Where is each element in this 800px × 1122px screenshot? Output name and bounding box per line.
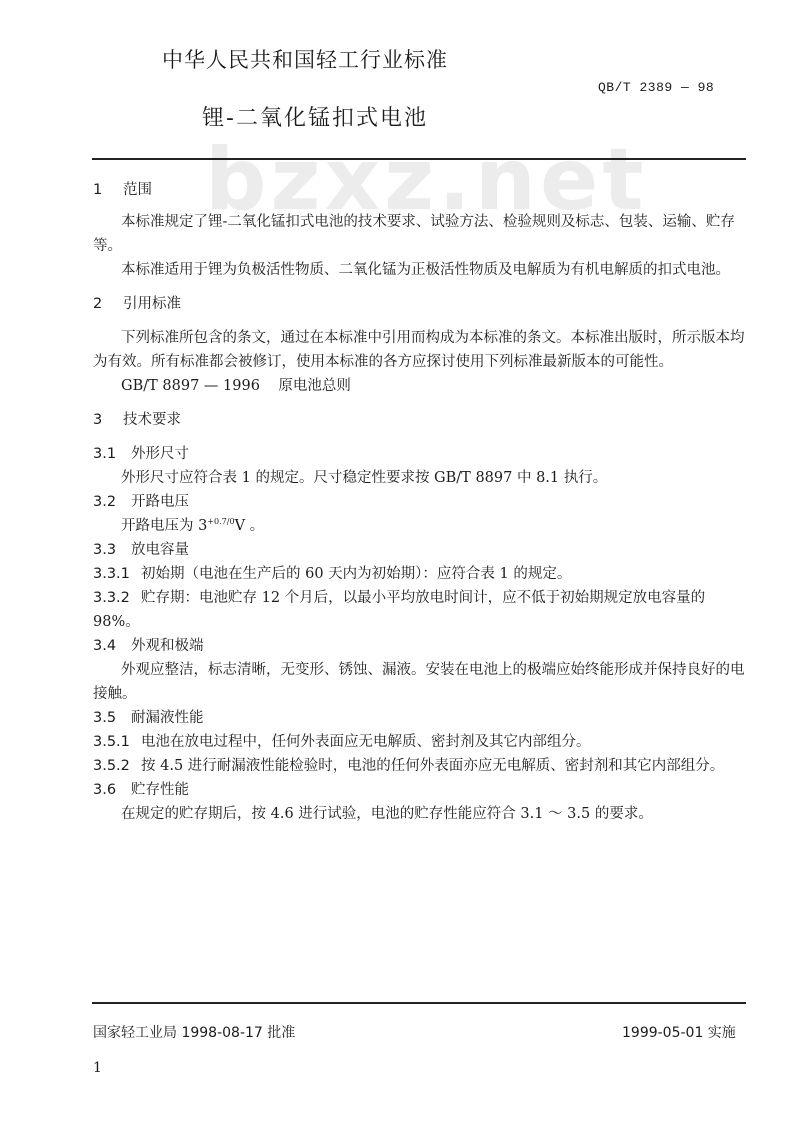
- voltage-tolerance: +0.7/0: [207, 517, 234, 526]
- subsection-heading-dimensions: 3.1外形尺寸: [93, 442, 753, 466]
- standard-code: QB/T 2389 — 98: [598, 80, 714, 95]
- scope-paragraph-2: 本标准适用于锂为负极活性物质、二氧化锰为正极活性物质及电解质为有机电解质的扣式电…: [93, 258, 753, 282]
- section-heading-references: 2引用标准: [93, 292, 753, 316]
- subsection-title: 开路电压: [131, 494, 189, 510]
- clause-leakage-during-discharge: 3.5.1电池在放电过程中，任何外表面应无电解质、密封剂及其它内部组分。: [93, 730, 753, 754]
- implementation-date: 1999-05-01 实施: [622, 1022, 736, 1042]
- subsection-title: 放电容量: [131, 542, 189, 558]
- clause-number: 3.3.1: [93, 562, 141, 586]
- clause-number: 3.5.1: [93, 730, 141, 754]
- clause-text: 按 4.5 进行耐漏液性能检验时，电池的任何外表面亦应无电解质、密封剂和其它内部…: [141, 758, 724, 774]
- section-number: 2: [93, 292, 123, 316]
- section-heading-technical-requirements: 3技术要求: [93, 408, 753, 432]
- subsection-number: 3.6: [93, 778, 131, 802]
- subsection-title: 贮存性能: [131, 782, 189, 798]
- subsection-heading-appearance-terminals: 3.4外观和极端: [93, 634, 753, 658]
- clause-number: 3.3.2: [93, 586, 141, 610]
- subsection-heading-discharge-capacity: 3.3放电容量: [93, 538, 753, 562]
- subsection-title: 外形尺寸: [131, 446, 189, 462]
- section-title: 引用标准: [123, 296, 181, 312]
- section-heading-scope: 1范围: [93, 178, 753, 202]
- document-body: 1范围 本标准规定了锂-二氧化锰扣式电池的技术要求、试验方法、检验规则及标志、包…: [93, 178, 753, 826]
- subsection-title: 外观和极端: [131, 638, 204, 654]
- section-number: 3: [93, 408, 123, 432]
- approval-date: 国家轻工业局 1998-08-17 批准: [93, 1022, 295, 1042]
- scope-paragraph-1: 本标准规定了锂-二氧化锰扣式电池的技术要求、试验方法、检验规则及标志、包装、运输…: [93, 210, 753, 258]
- subsection-heading-storage-performance: 3.6贮存性能: [93, 778, 753, 802]
- subsection-heading-open-circuit-voltage: 3.2开路电压: [93, 490, 753, 514]
- storage-performance-text: 在规定的贮存期后，按 4.6 进行试验，电池的贮存性能应符合 3.1 ～ 3.5…: [93, 802, 753, 826]
- clause-text: 初始期（电池在生产后的 60 天内为初始期）：应符合表 1 的规定。: [141, 566, 571, 582]
- voltage-text-prefix: 开路电压为 3: [121, 518, 207, 534]
- clause-number: 3.5.2: [93, 754, 141, 778]
- section-title: 范围: [123, 182, 152, 198]
- clause-leakage-test: 3.5.2按 4.5 进行耐漏液性能检验时，电池的任何外表面亦应无电解质、密封剂…: [93, 754, 753, 778]
- subsection-number: 3.2: [93, 490, 131, 514]
- footer-divider: [92, 1002, 746, 1004]
- subsection-number: 3.5: [93, 706, 131, 730]
- document-title: 锂-二氧化锰扣式电池: [202, 101, 428, 132]
- header-divider: [92, 158, 746, 160]
- clause-text: 贮存期：电池贮存 12 个月后，以最小平均放电时间计，应不低于初始期规定放电容量…: [93, 590, 705, 630]
- page-number: 1: [93, 1060, 102, 1076]
- clause-storage-period: 3.3.2贮存期：电池贮存 12 个月后，以最小平均放电时间计，应不低于初始期规…: [93, 586, 753, 634]
- dimensions-text: 外形尺寸应符合表 1 的规定。尺寸稳定性要求按 GB/T 8897 中 8.1 …: [93, 466, 753, 490]
- subsection-heading-leakage-resistance: 3.5耐漏液性能: [93, 706, 753, 730]
- clause-text: 电池在放电过程中，任何外表面应无电解质、密封剂及其它内部组分。: [141, 734, 591, 750]
- subsection-number: 3.3: [93, 538, 131, 562]
- subsection-number: 3.4: [93, 634, 131, 658]
- clause-initial-period: 3.3.1初始期（电池在生产后的 60 天内为初始期）：应符合表 1 的规定。: [93, 562, 753, 586]
- voltage-unit: V 。: [235, 518, 265, 534]
- subsection-title: 耐漏液性能: [131, 710, 204, 726]
- section-number: 1: [93, 178, 123, 202]
- appearance-text: 外观应整洁，标志清晰，无变形、锈蚀、漏液。安装在电池上的极端应始终能形成并保持良…: [93, 658, 753, 706]
- issuing-organization: 中华人民共和国轻工行业标准: [162, 44, 448, 74]
- section-title: 技术要求: [123, 412, 181, 428]
- references-paragraph: 下列标准所包含的条文，通过在本标准中引用而构成为本标准的条文。本标准出版时，所示…: [93, 326, 753, 374]
- subsection-number: 3.1: [93, 442, 131, 466]
- open-circuit-voltage-text: 开路电压为 3+0.7/0V 。: [93, 514, 753, 538]
- reference-item: GB/T 8897 — 1996 原电池总则: [93, 374, 753, 398]
